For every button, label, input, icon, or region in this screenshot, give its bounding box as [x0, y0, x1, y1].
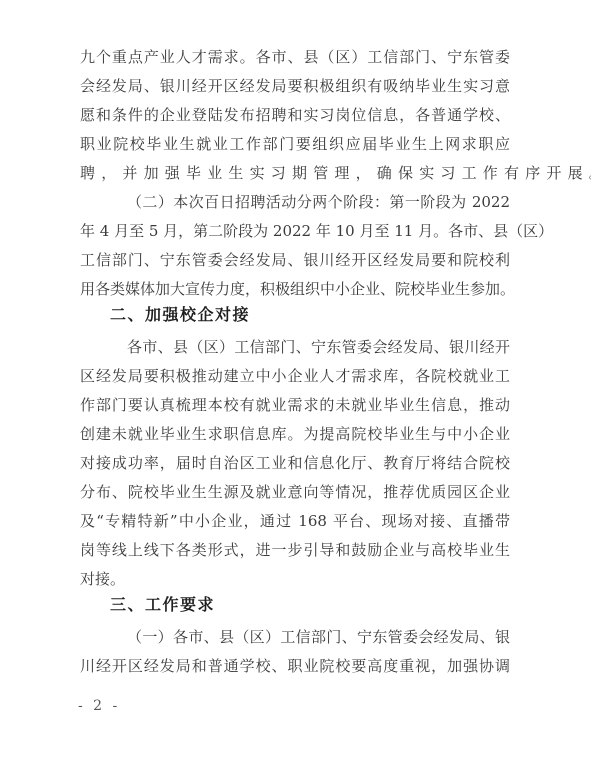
paragraph-line: 工信部门、宁东管委会经发局、银川经开区经发局要和院校利: [80, 250, 510, 270]
paragraph-line: 及“专精特新”中小企业，通过 168 平台、现场对接、直播带: [80, 511, 510, 531]
paragraph-line: 九个重点产业人才需求。各市、县（区）工信部门、宁东管委: [80, 47, 510, 67]
paragraph-line: 川经开区经发局和普通学校、职业院校要高度重视，加强协调: [80, 656, 510, 676]
paragraph-line: 对接。: [80, 569, 510, 589]
document-page: 九个重点产业人才需求。各市、县（区）工信部门、宁东管委 会经发局、银川经开区经发…: [0, 0, 591, 776]
paragraph-line: 创建未就业毕业生求职信息库。为提高院校毕业生与中小企业: [80, 424, 510, 444]
paragraph-line: 聘，并加强毕业生实习期管理，确保实习工作有序开展。: [80, 163, 510, 183]
paragraph-line: 区经发局要积极推动建立中小企业人才需求库，各院校就业工: [80, 366, 510, 386]
paragraph-line: 愿和条件的企业登陆发布招聘和实习岗位信息，各普通学校、: [80, 105, 510, 125]
paragraph-line: 会经发局、银川经开区经发局要积极组织有吸纳毕业生实习意: [80, 76, 510, 96]
paragraph-line: （二）本次百日招聘活动分两个阶段：第一阶段为 2022: [127, 192, 510, 212]
paragraph-line: 职业院校毕业生就业工作部门要组织应届毕业生上网求职应: [80, 134, 510, 154]
paragraph-line: 各市、县（区）工信部门、宁东管委会经发局、银川经开: [127, 337, 510, 357]
paragraph-line: 年 4 月至 5 月，第二阶段为 2022 年 10 月至 11 月。各市、县（…: [80, 221, 510, 241]
paragraph-line: 对接成功率，届时自治区工业和信息化厅、教育厅将结合院校: [80, 453, 510, 473]
paragraph-line: 用各类媒体加大宣传力度，积极组织中小企业、院校毕业生参加。: [80, 279, 510, 299]
page-number: - 2 -: [78, 698, 120, 714]
section-heading: 三、工作要求: [110, 595, 215, 615]
paragraph-line: 作部门要认真梳理本校有就业需求的未就业毕业生信息，推动: [80, 395, 510, 415]
paragraph-line: （一）各市、县（区）工信部门、宁东管委会经发局、银: [127, 627, 510, 647]
paragraph-line: 岗等线上线下各类形式，进一步引导和鼓励企业与高校毕业生: [80, 540, 510, 560]
section-heading: 二、加强校企对接: [110, 305, 250, 325]
paragraph-line: 分布、院校毕业生生源及就业意向等情况，推荐优质园区企业: [80, 482, 510, 502]
